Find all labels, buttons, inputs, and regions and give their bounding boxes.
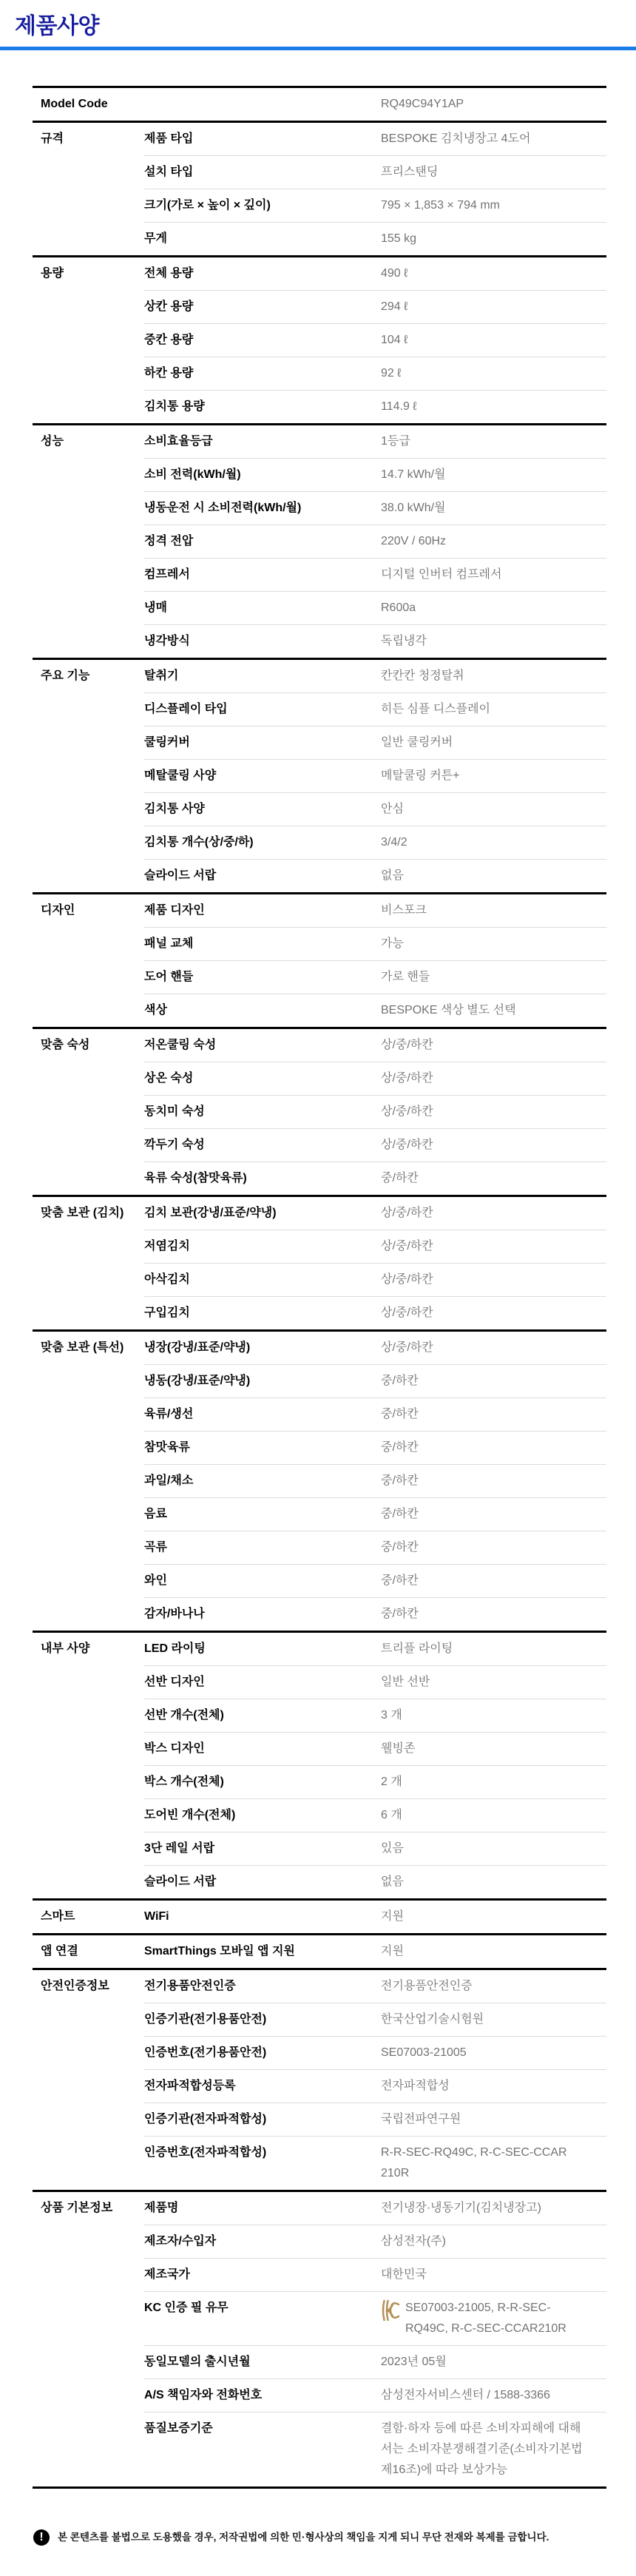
- spec-row: 육류/생선 중/하칸: [144, 1397, 606, 1431]
- spec-row: 소비 전력(kWh/월) 14.7 kWh/월: [144, 458, 606, 491]
- spec-row: 냉동운전 시 소비전력(kWh/월) 38.0 kWh/월: [144, 491, 606, 525]
- spec-label: 품질보증기준: [144, 2413, 381, 2486]
- spec-value-text: SE07003-21005, R-R-SEC-RQ49C, R-C-SEC-CC…: [405, 2298, 584, 2339]
- spec-section: 디자인 제품 디자인 비스포크 패널 교체 가능 도어 핸들 가로 핸들 색상 …: [33, 892, 606, 1027]
- spec-label: 와인: [144, 1565, 381, 1597]
- spec-sections: 규격 제품 타입 BESPOKE 김치냉장고 4도어 설치 타입 프리스탠딩 크…: [33, 121, 606, 2486]
- spec-value-text: 중/하칸: [381, 1604, 419, 1625]
- spec-row: 도어 핸들 가로 핸들: [144, 960, 606, 994]
- spec-row: 동일모델의 출시년월 2023년 05월: [144, 2345, 606, 2378]
- section-rows: 소비효율등급 1등급 소비 전력(kWh/월) 14.7 kWh/월 냉동운전 …: [144, 425, 606, 658]
- spec-label: 컴프레서: [144, 559, 381, 591]
- spec-value-text: 히든 심플 디스플레이: [381, 699, 490, 720]
- spec-value: BESPOKE 김치냉장고 4도어: [381, 123, 606, 155]
- spec-row: 전자파적합성등록 전자파적합성: [144, 2069, 606, 2103]
- spec-value-text: 삼성전자(주): [381, 2231, 446, 2252]
- spec-row: 김치 보관(강냉/표준/약냉) 상/중/하칸: [144, 1197, 606, 1230]
- spec-value-text: 중/하칸: [381, 1437, 419, 1458]
- spec-label: 소비효율등급: [144, 425, 381, 458]
- category-label: 스마트: [33, 1901, 144, 1933]
- spec-value-text: 상/중/하칸: [381, 1338, 433, 1358]
- spec-value-text: 메탈쿨링 커튼+: [381, 766, 460, 786]
- spec-value-text: 155 kg: [381, 229, 416, 249]
- spec-row: 도어빈 개수(전체) 6 개: [144, 1798, 606, 1832]
- model-code-label: Model Code: [33, 88, 381, 121]
- spec-row: LED 라이팅 트리플 라이팅: [144, 1633, 606, 1665]
- spec-row: 음료 중/하칸: [144, 1497, 606, 1531]
- spec-row: 인증기관(전자파적합성) 국립전파연구원: [144, 2103, 606, 2136]
- spec-label: 인증번호(전기용품안전): [144, 2037, 381, 2069]
- spec-label: 동일모델의 출시년월: [144, 2346, 381, 2378]
- spec-value: 삼성전자서비스센터 / 1588-3366: [381, 2379, 606, 2412]
- spec-label: 냉동(강냉/표준/약냉): [144, 1365, 381, 1397]
- spec-value: 38.0 kWh/월: [381, 492, 606, 525]
- spec-row: 김치통 개수(상/중/하) 3/4/2: [144, 826, 606, 859]
- spec-row: 냉매 R600a: [144, 591, 606, 624]
- spec-value: 490 ℓ: [381, 257, 606, 290]
- spec-value: SE07003-21005: [381, 2037, 606, 2069]
- spec-value: 안심: [381, 793, 606, 826]
- category-label: 상품 기본정보: [33, 2192, 144, 2486]
- section-rows: LED 라이팅 트리플 라이팅 선반 디자인 일반 선반 선반 개수(전체) 3…: [144, 1633, 606, 1898]
- spec-row: 디스플레이 타입 히든 심플 디스플레이: [144, 692, 606, 726]
- spec-label: 과일/채소: [144, 1465, 381, 1497]
- spec-value-text: 트리플 라이팅: [381, 1639, 453, 1659]
- spec-value-text: 전기냉장·냉동기기(김치냉장고): [381, 2198, 541, 2219]
- spec-label: 3단 레일 서랍: [144, 1832, 381, 1865]
- spec-row: 참맛육류 중/하칸: [144, 1431, 606, 1464]
- spec-section: 상품 기본정보 제품명 전기냉장·냉동기기(김치냉장고) 제조자/수입자 삼성전…: [33, 2190, 606, 2486]
- spec-value-text: 삼성전자서비스센터 / 1588-3366: [381, 2385, 550, 2406]
- category-label: 앱 연결: [33, 1935, 144, 1968]
- spec-value: 상/중/하칸: [381, 1297, 606, 1329]
- category-label: 성능: [33, 425, 144, 658]
- spec-label: 소비 전력(kWh/월): [144, 459, 381, 491]
- spec-row: 하칸 용량 92 ℓ: [144, 357, 606, 390]
- spec-value-text: 대한민국: [381, 2265, 427, 2285]
- spec-value-text: SE07003-21005: [381, 2043, 467, 2063]
- spec-row: 무게 155 kg: [144, 222, 606, 255]
- spec-value: 웰빙존: [381, 1733, 606, 1765]
- spec-label: KC 인증 필 유무: [144, 2292, 381, 2345]
- spec-label: 구입김치: [144, 1297, 381, 1329]
- spec-value-text: 없음: [381, 866, 404, 886]
- spec-value-text: 294 ℓ: [381, 297, 407, 317]
- spec-label: 박스 개수(전체): [144, 1766, 381, 1798]
- spec-row: 인증번호(전자파적합성) R-R-SEC-RQ49C, R-C-SEC-CCAR…: [144, 2136, 606, 2190]
- spec-value: 104 ℓ: [381, 324, 606, 357]
- spec-row: 제품명 전기냉장·냉동기기(김치냉장고): [144, 2192, 606, 2225]
- spec-value-text: 상/중/하칸: [381, 1303, 433, 1324]
- spec-value: 트리플 라이팅: [381, 1633, 606, 1665]
- spec-row: WiFi 지원: [144, 1901, 606, 1933]
- spec-label: 전체 용량: [144, 257, 381, 290]
- spec-value: 전기냉장·냉동기기(김치냉장고): [381, 2192, 606, 2225]
- spec-section: 맞춤 숙성 저온쿨링 숙성 상/중/하칸 상온 숙성 상/중/하칸 동치미 숙성…: [33, 1027, 606, 1195]
- spec-section: 내부 사양 LED 라이팅 트리플 라이팅 선반 디자인 일반 선반 선반 개수…: [33, 1631, 606, 1898]
- section-rows: 제품 디자인 비스포크 패널 교체 가능 도어 핸들 가로 핸들 색상 BESP…: [144, 894, 606, 1027]
- spec-value-text: 3 개: [381, 1705, 402, 1726]
- spec-label: 김치통 사양: [144, 793, 381, 826]
- spec-value: 상/중/하칸: [381, 1197, 606, 1230]
- spec-row: 전체 용량 490 ℓ: [144, 257, 606, 290]
- spec-row: 상칸 용량 294 ℓ: [144, 290, 606, 323]
- spec-label: 감자/바나나: [144, 1598, 381, 1631]
- spec-value: 대한민국: [381, 2259, 606, 2291]
- spec-label: 제조국가: [144, 2259, 381, 2291]
- spec-section: 앱 연결 SmartThings 모바일 앱 지원 지원: [33, 1933, 606, 1968]
- spec-value: 일반 선반: [381, 1666, 606, 1699]
- spec-value-text: 중/하칸: [381, 1371, 419, 1392]
- spec-label: 냉장(강냉/표준/약냉): [144, 1332, 381, 1364]
- spec-row: 크기(가로 × 높이 × 깊이) 795 × 1,853 × 794 mm: [144, 189, 606, 222]
- spec-row: 박스 디자인 웰빙존: [144, 1732, 606, 1765]
- spec-value-text: 2 개: [381, 1772, 402, 1793]
- spec-value-text: 일반 쿨링커버: [381, 732, 453, 753]
- spec-row: 소비효율등급 1등급: [144, 425, 606, 458]
- spec-row: 색상 BESPOKE 색상 별도 선택: [144, 994, 606, 1027]
- spec-value: 히든 심플 디스플레이: [381, 693, 606, 726]
- spec-label: 상온 숙성: [144, 1062, 381, 1095]
- spec-row: 선반 개수(전체) 3 개: [144, 1699, 606, 1732]
- spec-value: 92 ℓ: [381, 357, 606, 390]
- spec-value-text: 상/중/하칸: [381, 1203, 433, 1224]
- category-label: 안전인증정보: [33, 1970, 144, 2190]
- model-code-row: Model Code RQ49C94Y1AP: [33, 86, 606, 121]
- spec-label: 저온쿨링 숙성: [144, 1029, 381, 1062]
- spec-label: 곡류: [144, 1531, 381, 1564]
- spec-value-text: 프리스탠딩: [381, 162, 438, 183]
- spec-value-text: R600a: [381, 598, 416, 618]
- spec-label: 제품명: [144, 2192, 381, 2225]
- spec-row: 냉장(강냉/표준/약냉) 상/중/하칸: [144, 1332, 606, 1364]
- copyright-text: 본 콘텐츠를 불법으로 도용했을 경우, 저작권법에 의한 민·형사상의 책임을…: [58, 2529, 549, 2546]
- spec-value-text: 3/4/2: [381, 832, 407, 853]
- spec-section: 성능 소비효율등급 1등급 소비 전력(kWh/월) 14.7 kWh/월 냉동…: [33, 423, 606, 658]
- spec-label: 무게: [144, 223, 381, 255]
- spec-value: 155 kg: [381, 223, 606, 255]
- section-rows: 제품명 전기냉장·냉동기기(김치냉장고) 제조자/수입자 삼성전자(주) 제조국…: [144, 2192, 606, 2486]
- spec-label: 김치 보관(강냉/표준/약냉): [144, 1197, 381, 1230]
- spec-row: 상온 숙성 상/중/하칸: [144, 1062, 606, 1095]
- spec-value: 전기용품안전인증: [381, 1970, 606, 2003]
- spec-value: 지원: [381, 1901, 606, 1933]
- spec-value-text: 독립냉각: [381, 631, 427, 652]
- spec-label: 쿨링커버: [144, 726, 381, 759]
- spec-label: 육류/생선: [144, 1398, 381, 1431]
- spec-label: SmartThings 모바일 앱 지원: [144, 1935, 381, 1968]
- category-label: 용량: [33, 257, 144, 423]
- spec-value: 중/하칸: [381, 1598, 606, 1631]
- spec-row: 컴프레서 디지털 인버터 컴프레서: [144, 558, 606, 591]
- spec-label: LED 라이팅: [144, 1633, 381, 1665]
- spec-value: 114.9 ℓ: [381, 391, 606, 423]
- spec-label: 전기용품안전인증: [144, 1970, 381, 2003]
- spec-section: 규격 제품 타입 BESPOKE 김치냉장고 4도어 설치 타입 프리스탠딩 크…: [33, 121, 606, 255]
- spec-value-text: 중/하칸: [381, 1471, 419, 1491]
- spec-label: 선반 디자인: [144, 1666, 381, 1699]
- spec-row: SmartThings 모바일 앱 지원 지원: [144, 1935, 606, 1968]
- spec-label: 상칸 용량: [144, 291, 381, 323]
- spec-value-text: 일반 선반: [381, 1672, 430, 1693]
- spec-label: 냉각방식: [144, 625, 381, 658]
- spec-value: 중/하칸: [381, 1531, 606, 1564]
- spec-value-text: 전자파적합성: [381, 2076, 450, 2097]
- spec-value: 3 개: [381, 1699, 606, 1732]
- spec-value: 상/중/하칸: [381, 1230, 606, 1263]
- spec-value: 220V / 60Hz: [381, 525, 606, 558]
- spec-label: 냉동운전 시 소비전력(kWh/월): [144, 492, 381, 525]
- model-code-value: RQ49C94Y1AP: [381, 88, 606, 121]
- spec-value-text: 비스포크: [381, 900, 427, 921]
- spec-value-text: 있음: [381, 1838, 404, 1859]
- spec-value: 비스포크: [381, 894, 606, 927]
- spec-value: 중/하칸: [381, 1465, 606, 1497]
- spec-value: 상/중/하칸: [381, 1264, 606, 1296]
- spec-label: 육류 숙성(참맛육류): [144, 1162, 381, 1195]
- spec-value: 6 개: [381, 1799, 606, 1832]
- spec-value: 2023년 05월: [381, 2346, 606, 2378]
- spec-row: 탈취기 칸칸칸 청정탈취: [144, 660, 606, 692]
- spec-row: 선반 디자인 일반 선반: [144, 1665, 606, 1699]
- spec-value-text: 전기용품안전인증: [381, 1976, 473, 1997]
- section-rows: 탈취기 칸칸칸 청정탈취 디스플레이 타입 히든 심플 디스플레이 쿨링커버 일…: [144, 660, 606, 892]
- spec-value-text: 490 ℓ: [381, 263, 407, 284]
- spec-value-text: 국립전파연구원: [381, 2109, 461, 2130]
- spec-value-text: 14.7 kWh/월: [381, 465, 446, 485]
- spec-value: 중/하칸: [381, 1565, 606, 1597]
- spec-row: 냉각방식 독립냉각: [144, 624, 606, 658]
- spec-label: 도어빈 개수(전체): [144, 1799, 381, 1832]
- spec-row: 와인 중/하칸: [144, 1564, 606, 1597]
- spec-label: 냉매: [144, 592, 381, 624]
- spec-value: 지원: [381, 1935, 606, 1968]
- spec-row: 냉동(강냉/표준/약냉) 중/하칸: [144, 1364, 606, 1397]
- spec-value-text: BESPOKE 색상 별도 선택: [381, 1000, 516, 1021]
- spec-row: 인증기관(전기용품안전) 한국산업기술시험원: [144, 2003, 606, 2036]
- spec-label: 슬라이드 서랍: [144, 860, 381, 892]
- spec-label: 색상: [144, 994, 381, 1027]
- spec-value: 1등급: [381, 425, 606, 458]
- spec-value: SE07003-21005, R-R-SEC-RQ49C, R-C-SEC-CC…: [381, 2292, 606, 2345]
- spec-label: 탈취기: [144, 660, 381, 692]
- spec-section: 맞춤 보관 (김치) 김치 보관(강냉/표준/약냉) 상/중/하칸 저염김치 상…: [33, 1195, 606, 1329]
- spec-value-text: 1등급: [381, 431, 410, 452]
- spec-label: 크기(가로 × 높이 × 깊이): [144, 189, 381, 222]
- spec-section: 용량 전체 용량 490 ℓ 상칸 용량 294 ℓ 중칸 용량 104 ℓ 하…: [33, 255, 606, 423]
- spec-row: 곡류 중/하칸: [144, 1531, 606, 1564]
- spec-value: 디지털 인버터 컴프레서: [381, 559, 606, 591]
- category-label: 디자인: [33, 894, 144, 1027]
- spec-value-text: 한국산업기술시험원: [381, 2009, 484, 2030]
- copyright-note: ! 본 콘텐츠를 불법으로 도용했을 경우, 저작권법에 의한 민·형사상의 책…: [33, 2529, 615, 2546]
- spec-value-text: 중/하칸: [381, 1168, 419, 1189]
- spec-value: 중/하칸: [381, 1365, 606, 1397]
- spec-label: 슬라이드 서랍: [144, 1866, 381, 1898]
- spec-value-text: 지원: [381, 1906, 404, 1927]
- spec-table: Model Code RQ49C94Y1AP 규격 제품 타입 BESPOKE …: [33, 86, 606, 2489]
- spec-label: 인증기관(전기용품안전): [144, 2003, 381, 2036]
- spec-value-text: 114.9 ℓ: [381, 397, 416, 417]
- spec-value: 있음: [381, 1832, 606, 1865]
- section-rows: 저온쿨링 숙성 상/중/하칸 상온 숙성 상/중/하칸 동치미 숙성 상/중/하…: [144, 1029, 606, 1195]
- spec-value: 가능: [381, 928, 606, 960]
- spec-row: 깍두기 숙성 상/중/하칸: [144, 1128, 606, 1161]
- spec-value: 상/중/하칸: [381, 1062, 606, 1095]
- spec-row: 감자/바나나 중/하칸: [144, 1597, 606, 1631]
- spec-row: 박스 개수(전체) 2 개: [144, 1765, 606, 1798]
- spec-label: 박스 디자인: [144, 1733, 381, 1765]
- spec-value: R-R-SEC-RQ49C, R-C-SEC-CCAR 210R: [381, 2137, 606, 2190]
- spec-section: 주요 기능 탈취기 칸칸칸 청정탈취 디스플레이 타입 히든 심플 디스플레이 …: [33, 658, 606, 892]
- spec-label: 인증번호(전자파적합성): [144, 2137, 381, 2190]
- spec-row: 제조자/수입자 삼성전자(주): [144, 2225, 606, 2258]
- spec-value-text: BESPOKE 김치냉장고 4도어: [381, 129, 530, 149]
- spec-value: 한국산업기술시험원: [381, 2003, 606, 2036]
- spec-row: 쿨링커버 일반 쿨링커버: [144, 726, 606, 759]
- spec-label: 정격 전압: [144, 525, 381, 558]
- spec-row: 패널 교체 가능: [144, 927, 606, 960]
- spec-row: 아삭김치 상/중/하칸: [144, 1263, 606, 1296]
- spec-label: 도어 핸들: [144, 961, 381, 994]
- kc-mark-icon: [381, 2299, 400, 2322]
- spec-label: 설치 타입: [144, 156, 381, 189]
- spec-label: 중칸 용량: [144, 324, 381, 357]
- section-rows: 냉장(강냉/표준/약냉) 상/중/하칸 냉동(강냉/표준/약냉) 중/하칸 육류…: [144, 1332, 606, 1631]
- spec-value-text: 가로 핸들: [381, 967, 430, 988]
- spec-row: 김치통 용량 114.9 ℓ: [144, 390, 606, 423]
- spec-label: 제품 타입: [144, 123, 381, 155]
- section-rows: 제품 타입 BESPOKE 김치냉장고 4도어 설치 타입 프리스탠딩 크기(가…: [144, 123, 606, 255]
- spec-value: 독립냉각: [381, 625, 606, 658]
- spec-row: 제품 타입 BESPOKE 김치냉장고 4도어: [144, 123, 606, 155]
- spec-label: 인증기관(전자파적합성): [144, 2103, 381, 2136]
- spec-value-text: 중/하칸: [381, 1504, 419, 1525]
- spec-row: 품질보증기준 결함·하자 등에 따른 소비자피해에 대해서는 소비자분쟁해결기준…: [144, 2412, 606, 2486]
- title-underline: [0, 47, 636, 50]
- section-rows: SmartThings 모바일 앱 지원 지원: [144, 1935, 606, 1968]
- spec-label: A/S 책임자와 전화번호: [144, 2379, 381, 2412]
- spec-value-text: 중/하칸: [381, 1571, 419, 1591]
- spec-label: 음료: [144, 1498, 381, 1531]
- spec-row: 저염김치 상/중/하칸: [144, 1230, 606, 1263]
- spec-value-text: 104 ℓ: [381, 330, 407, 351]
- spec-value: 상/중/하칸: [381, 1029, 606, 1062]
- spec-value-text: 상/중/하칸: [381, 1236, 433, 1257]
- spec-label: 선반 개수(전체): [144, 1699, 381, 1732]
- spec-label: 전자파적합성등록: [144, 2070, 381, 2103]
- spec-row: 3단 레일 서랍 있음: [144, 1832, 606, 1865]
- spec-row: 전기용품안전인증 전기용품안전인증: [144, 1970, 606, 2003]
- spec-value-text: 220V / 60Hz: [381, 531, 446, 552]
- spec-value: 전자파적합성: [381, 2070, 606, 2103]
- spec-section: 스마트 WiFi 지원: [33, 1898, 606, 1933]
- spec-value-text: 상/중/하칸: [381, 1270, 433, 1290]
- spec-value-text: 2023년 05월: [381, 2352, 447, 2373]
- spec-label: 패널 교체: [144, 928, 381, 960]
- spec-value: R600a: [381, 592, 606, 624]
- spec-row: 슬라이드 서랍 없음: [144, 1865, 606, 1898]
- spec-row: 제조국가 대한민국: [144, 2258, 606, 2291]
- spec-row: 육류 숙성(참맛육류) 중/하칸: [144, 1161, 606, 1195]
- spec-value-text: 칸칸칸 청정탈취: [381, 666, 464, 687]
- spec-value-text: 중/하칸: [381, 1537, 419, 1558]
- spec-row: 김치통 사양 안심: [144, 792, 606, 826]
- spec-value: 메탈쿨링 커튼+: [381, 760, 606, 792]
- spec-value: BESPOKE 색상 별도 선택: [381, 994, 606, 1027]
- spec-label: 제조자/수입자: [144, 2225, 381, 2258]
- category-label: 맞춤 숙성: [33, 1029, 144, 1195]
- spec-value: 중/하칸: [381, 1398, 606, 1431]
- spec-value-text: 38.0 kWh/월: [381, 498, 446, 519]
- spec-value: 칸칸칸 청정탈취: [381, 660, 606, 692]
- spec-value: 삼성전자(주): [381, 2225, 606, 2258]
- spec-value-text: 92 ℓ: [381, 363, 401, 384]
- spec-row: 중칸 용량 104 ℓ: [144, 323, 606, 357]
- spec-value-text: 지원: [381, 1941, 404, 1962]
- spec-value-text: 디지털 인버터 컴프레서: [381, 564, 501, 585]
- spec-value: 가로 핸들: [381, 961, 606, 994]
- spec-value: 일반 쿨링커버: [381, 726, 606, 759]
- spec-section: 안전인증정보 전기용품안전인증 전기용품안전인증 인증기관(전기용품안전) 한국…: [33, 1968, 606, 2190]
- spec-label: 저염김치: [144, 1230, 381, 1263]
- spec-row: 제품 디자인 비스포크: [144, 894, 606, 927]
- spec-value-text: 6 개: [381, 1805, 402, 1826]
- spec-value: 없음: [381, 860, 606, 892]
- exclamation-icon: !: [33, 2529, 50, 2546]
- spec-value: 2 개: [381, 1766, 606, 1798]
- spec-row: 구입김치 상/중/하칸: [144, 1296, 606, 1329]
- spec-row: 정격 전압 220V / 60Hz: [144, 525, 606, 558]
- spec-row: KC 인증 필 유무 SE07003-21005, R-R-SEC-RQ49C,…: [144, 2291, 606, 2345]
- spec-label: WiFi: [144, 1901, 381, 1933]
- spec-value-text: 중/하칸: [381, 1404, 419, 1425]
- spec-value: 국립전파연구원: [381, 2103, 606, 2136]
- category-label: 주요 기능: [33, 660, 144, 892]
- spec-value: 상/중/하칸: [381, 1332, 606, 1364]
- spec-value-text: 상/중/하칸: [381, 1068, 433, 1089]
- spec-value: 795 × 1,853 × 794 mm: [381, 189, 606, 222]
- spec-row: 과일/채소 중/하칸: [144, 1464, 606, 1497]
- spec-value: 중/하칸: [381, 1498, 606, 1531]
- spec-label: 김치통 개수(상/중/하): [144, 826, 381, 859]
- section-rows: 전체 용량 490 ℓ 상칸 용량 294 ℓ 중칸 용량 104 ℓ 하칸 용…: [144, 257, 606, 423]
- spec-value: 14.7 kWh/월: [381, 459, 606, 491]
- spec-value-text: 상/중/하칸: [381, 1035, 433, 1056]
- spec-label: 아삭김치: [144, 1264, 381, 1296]
- spec-value-text: 795 × 1,853 × 794 mm: [381, 195, 500, 216]
- spec-value-text: 없음: [381, 1872, 404, 1892]
- spec-value: 프리스탠딩: [381, 156, 606, 189]
- spec-value: 상/중/하칸: [381, 1129, 606, 1161]
- spec-label: 깍두기 숙성: [144, 1129, 381, 1161]
- spec-value: 없음: [381, 1866, 606, 1898]
- category-label: 맞춤 보관 (김치): [33, 1197, 144, 1329]
- page-title: 제품사양: [15, 7, 636, 40]
- section-rows: 전기용품안전인증 전기용품안전인증 인증기관(전기용품안전) 한국산업기술시험원…: [144, 1970, 606, 2190]
- spec-row: A/S 책임자와 전화번호 삼성전자서비스센터 / 1588-3366: [144, 2378, 606, 2412]
- spec-label: 디스플레이 타입: [144, 693, 381, 726]
- spec-row: 인증번호(전기용품안전) SE07003-21005: [144, 2036, 606, 2069]
- section-rows: 김치 보관(강냉/표준/약냉) 상/중/하칸 저염김치 상/중/하칸 아삭김치 …: [144, 1197, 606, 1329]
- spec-value-text: 웰빙존: [381, 1739, 415, 1759]
- spec-value: 294 ℓ: [381, 291, 606, 323]
- category-label: 규격: [33, 123, 144, 255]
- spec-label: 메탈쿨링 사양: [144, 760, 381, 792]
- spec-row: 설치 타입 프리스탠딩: [144, 155, 606, 189]
- spec-value-text: 상/중/하칸: [381, 1135, 433, 1156]
- category-label: 맞춤 보관 (특선): [33, 1332, 144, 1631]
